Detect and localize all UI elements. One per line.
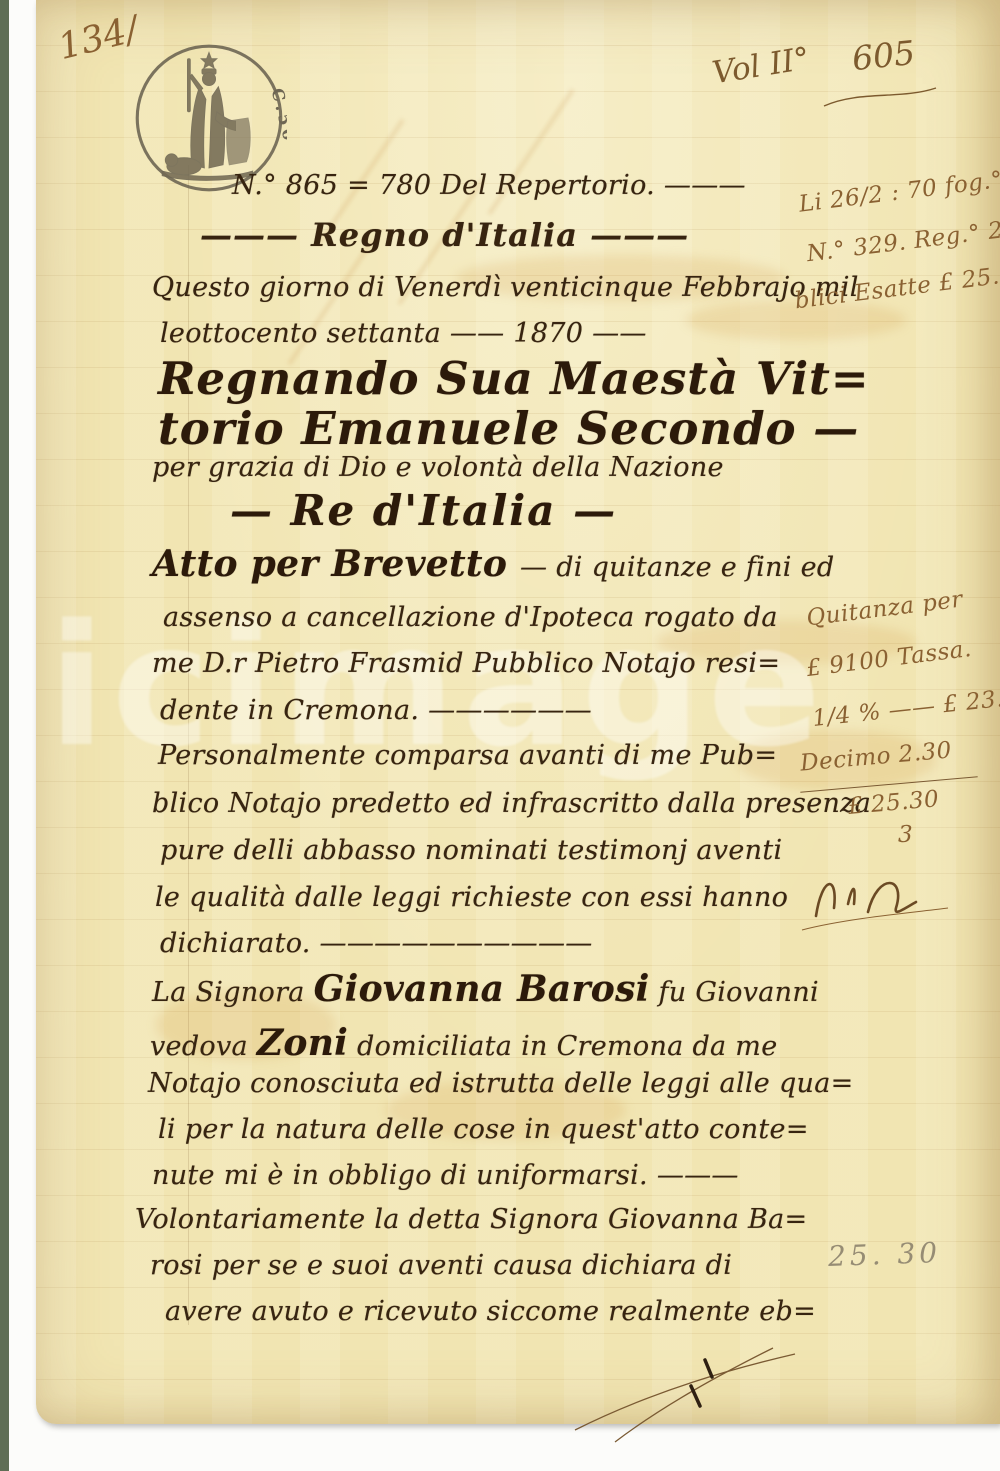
pencil-note: 25. 30 [827, 1236, 941, 1273]
scanned-document: icimage 134/ Vol II° 605 C.50 N.° 865 = … [0, 0, 1000, 1471]
margin-note: Decimo 2.30 [799, 737, 953, 776]
margin-note: 1/4 % —— £ 23. [811, 686, 1000, 732]
margin-note: £ 9100 Tassa. [805, 636, 973, 682]
margin-note: 3 [898, 822, 913, 848]
margin-note: Li 26/2 : 70 fog.° 167 [797, 160, 1000, 217]
margin-note: Quitanza per [805, 587, 964, 632]
margin-note: £ 25.30 [847, 786, 940, 820]
notary-initials-flourish [798, 846, 988, 936]
margin-note: blici Esatte £ 25.30 [793, 260, 1000, 315]
pen-cross-mark [545, 1328, 815, 1448]
margin-note: N.° 329. Reg.° 21 Pu [805, 211, 1000, 268]
